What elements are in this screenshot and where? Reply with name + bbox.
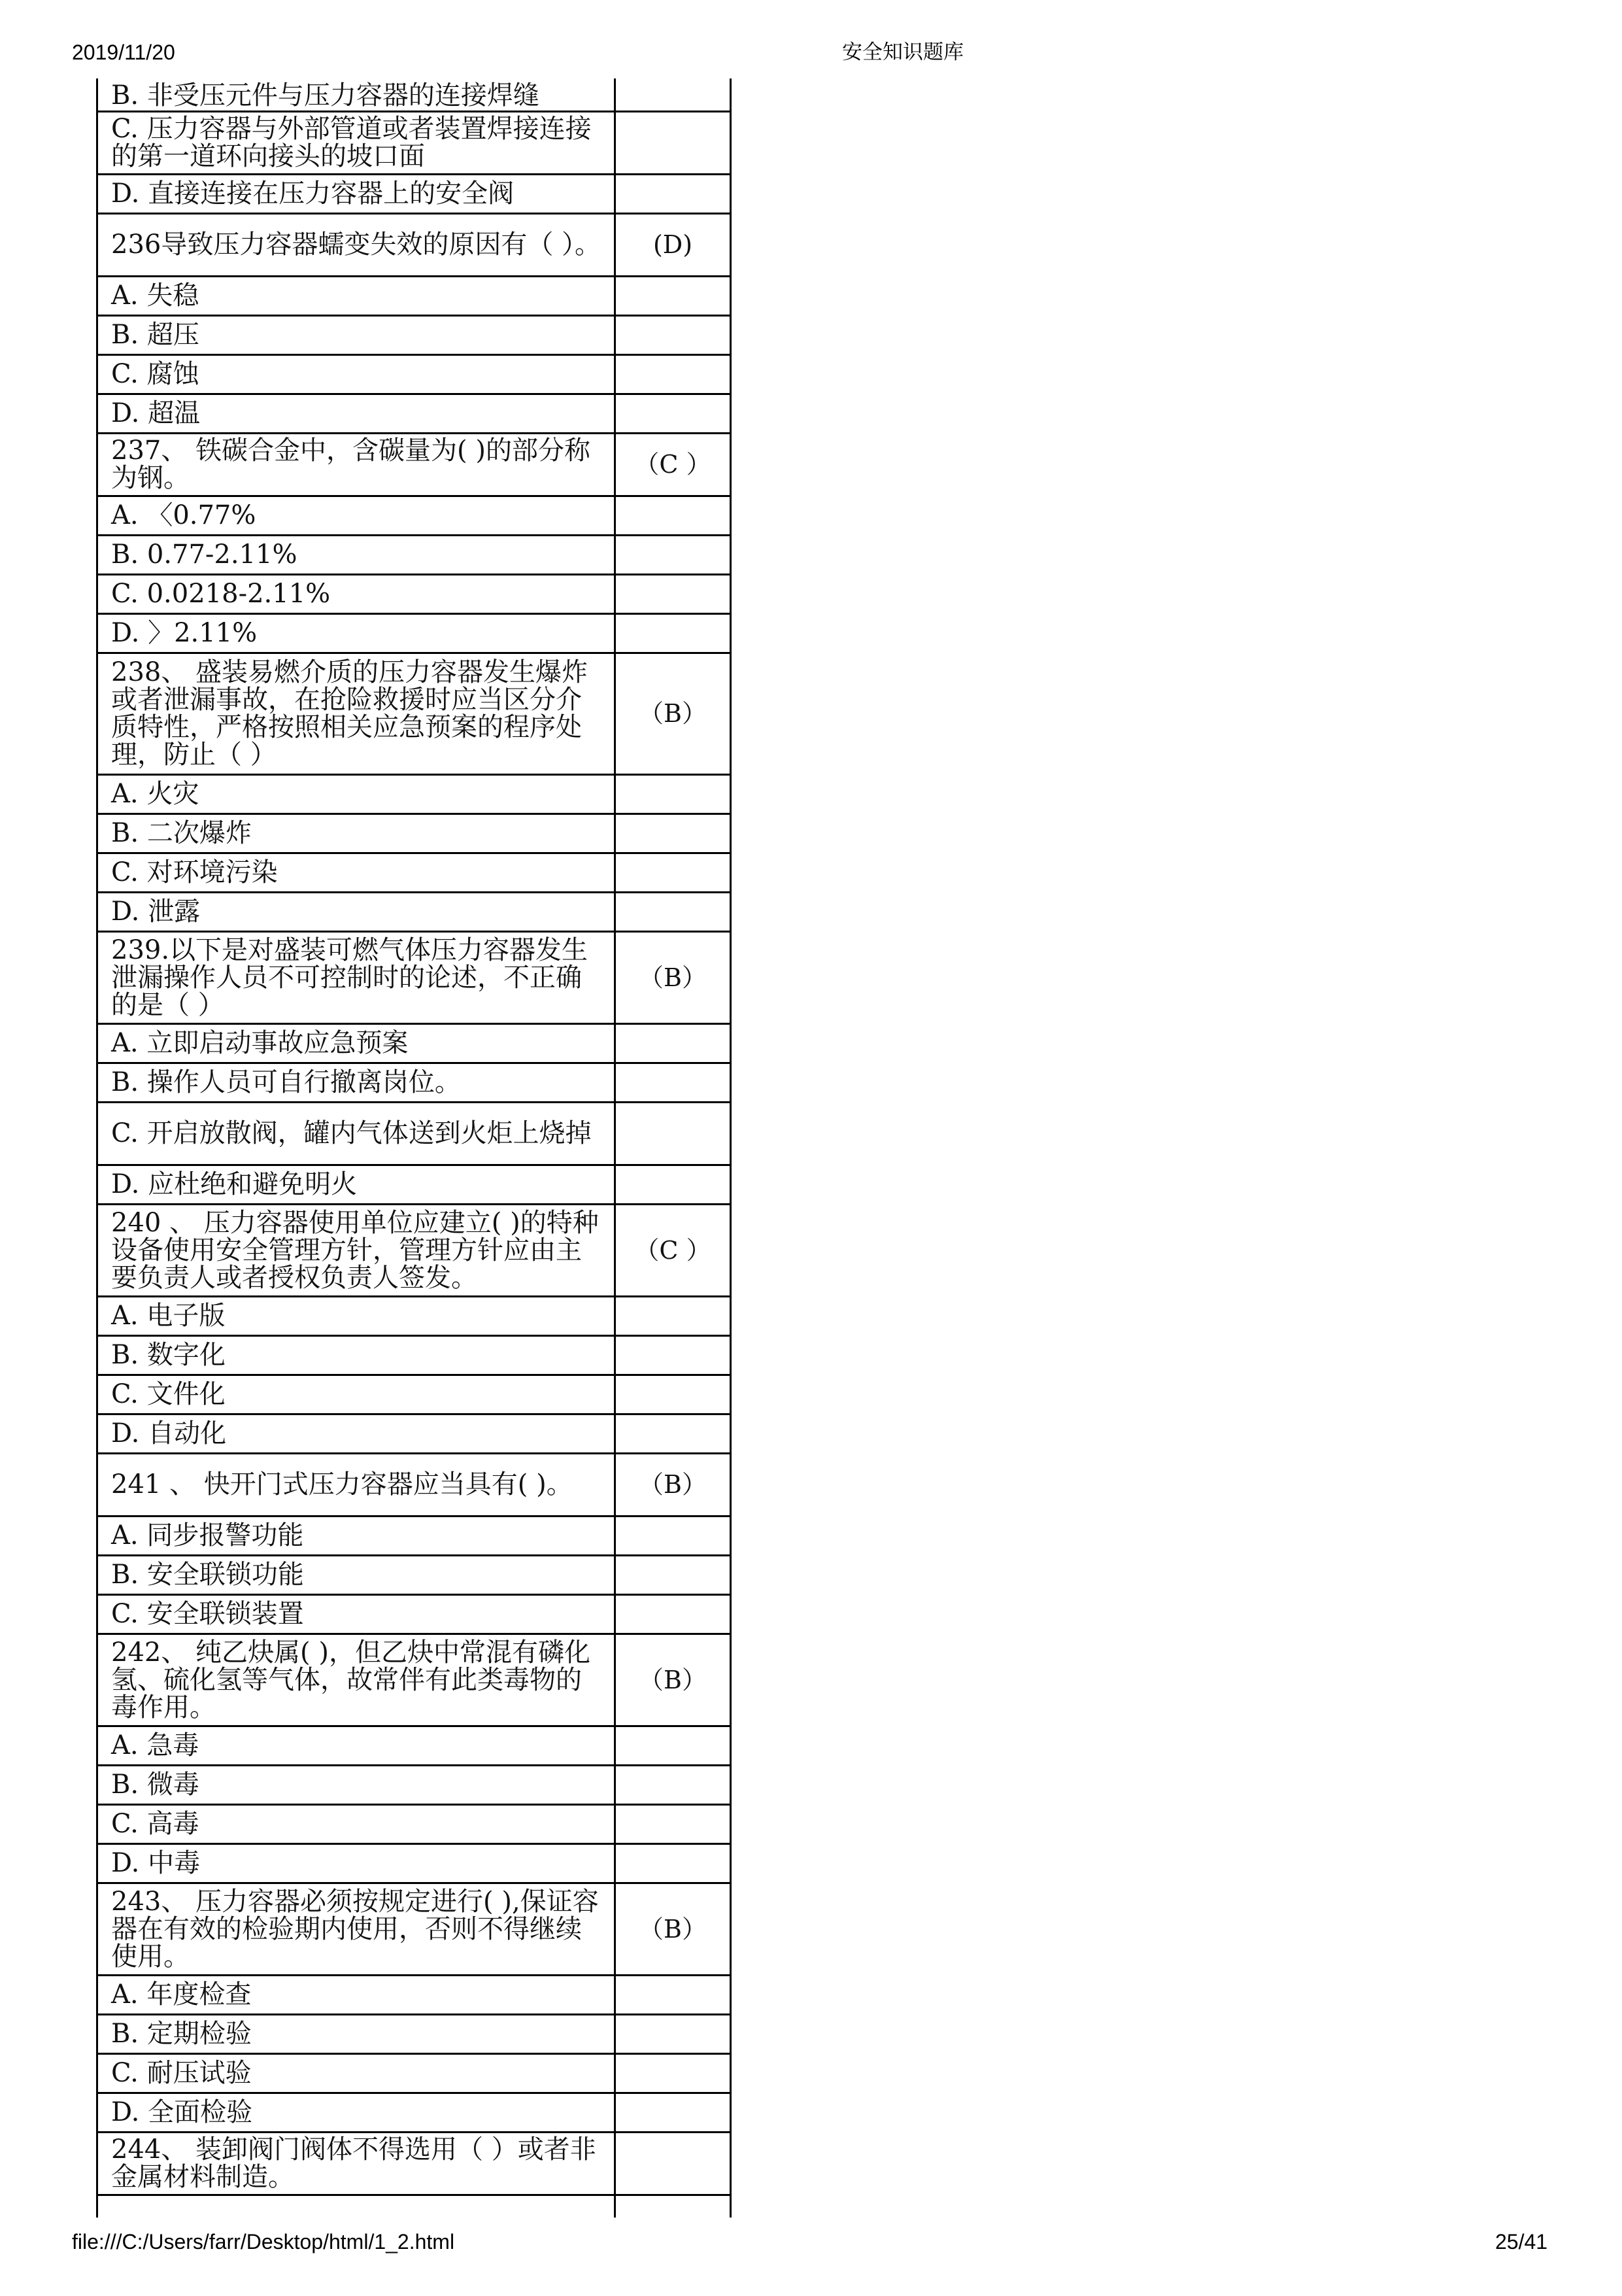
footer-url: file:///C:/Users/farr/Desktop/html/1_2.h… (72, 2230, 454, 2253)
question-text: B. 超压 (97, 315, 615, 354)
answer-cell (615, 315, 731, 354)
question-text: A. 失稳 (97, 276, 615, 315)
question-text: 239.以下是对盛装可燃气体压力容器发生泄漏操作人员不可控制时的论述，不正确的是… (97, 931, 615, 1023)
table-row: C. 高毒 (97, 1804, 731, 1843)
table-row: 242、 纯乙炔属( )，但乙炔中常混有磷化氢、硫化氢等气体，故常伴有此类毒物的… (97, 1634, 731, 1726)
answer-cell: （C ） (615, 1204, 731, 1296)
table-row: D. 应杜绝和避免明火 (97, 1165, 731, 1204)
question-text: D. 泄露 (97, 892, 615, 931)
question-text: B. 操作人员可自行撤离岗位。 (97, 1063, 615, 1102)
answer-cell (615, 613, 731, 653)
question-text: 243、 压力容器必须按规定进行( ),保证容器在有效的检验期内使用，否则不得继… (97, 1883, 615, 1975)
answer-cell (615, 496, 731, 535)
question-text: B. 非受压元件与压力容器的连接焊缝 (97, 78, 615, 111)
answer-cell (615, 1296, 731, 1335)
table-row: B. 定期检验 (97, 2014, 731, 2053)
answer-cell (615, 2093, 731, 2132)
answer-cell (615, 1594, 731, 1634)
answer-cell (615, 1516, 731, 1555)
table-row: D. 超温 (97, 394, 731, 433)
question-text: C. 高毒 (97, 1804, 615, 1843)
table-row: B. 安全联锁功能 (97, 1555, 731, 1594)
answer-cell: （B） (615, 1634, 731, 1726)
table-row: C. 压力容器与外部管道或者装置焊接连接的第一道环向接头的坡口面 (97, 111, 731, 174)
table-row: D. 〉2.11% (97, 613, 731, 653)
table-row: C. 文件化 (97, 1375, 731, 1414)
answer-cell (615, 1555, 731, 1594)
answer-cell (615, 78, 731, 111)
table-row: 244、 装卸阀门阀体不得选用（ ）或者非金属材料制造。 (97, 2132, 731, 2195)
table-row: 241 、 快开门式压力容器应当具有( )。（B） (97, 1453, 731, 1516)
question-text: B. 微毒 (97, 1765, 615, 1804)
table-row: A. 急毒 (97, 1726, 731, 1765)
table-row: A. 失稳 (97, 276, 731, 315)
table-row: D. 自动化 (97, 1414, 731, 1453)
table-row: 238、 盛装易燃介质的压力容器发生爆炸或者泄漏事故，在抢险救援时应当区分介质特… (97, 653, 731, 774)
table-row: B. 0.77-2.11% (97, 535, 731, 574)
answer-cell (615, 354, 731, 394)
answer-cell (615, 774, 731, 814)
question-text: C. 耐压试验 (97, 2053, 615, 2093)
question-text: A. 年度检查 (97, 1975, 615, 2014)
table-row: C. 安全联锁装置 (97, 1594, 731, 1634)
table-row: A. 火灾 (97, 774, 731, 814)
table-row: C. 腐蚀 (97, 354, 731, 394)
table-row: 243、 压力容器必须按规定进行( ),保证容器在有效的检验期内使用，否则不得继… (97, 1883, 731, 1975)
table-row: C. 0.0218-2.11% (97, 574, 731, 613)
question-text: A. 〈0.77% (97, 496, 615, 535)
answer-cell (615, 1335, 731, 1375)
question-text (97, 2195, 615, 2218)
question-text: 244、 装卸阀门阀体不得选用（ ）或者非金属材料制造。 (97, 2132, 615, 2195)
question-table: B. 非受压元件与压力容器的连接焊缝 C. 压力容器与外部管道或者装置焊接连接的… (96, 78, 732, 2218)
question-text: B. 安全联锁功能 (97, 1555, 615, 1594)
answer-cell (615, 2014, 731, 2053)
answer-cell (615, 1102, 731, 1165)
table-row (97, 2195, 731, 2218)
question-text: 238、 盛装易燃介质的压力容器发生爆炸或者泄漏事故，在抢险救援时应当区分介质特… (97, 653, 615, 774)
table-row: D. 直接连接在压力容器上的安全阀 (97, 174, 731, 213)
table-row: A. 同步报警功能 (97, 1516, 731, 1555)
table-row: B. 操作人员可自行撤离岗位。 (97, 1063, 731, 1102)
answer-cell (615, 394, 731, 433)
question-text: C. 文件化 (97, 1375, 615, 1414)
answer-cell (615, 1975, 731, 2014)
table-row: B. 数字化 (97, 1335, 731, 1375)
question-text: C. 安全联锁装置 (97, 1594, 615, 1634)
answer-cell (615, 1063, 731, 1102)
answer-cell: (D) (615, 213, 731, 276)
table-row: A. 〈0.77% (97, 496, 731, 535)
table-row: B. 非受压元件与压力容器的连接焊缝 (97, 78, 731, 111)
answer-cell: （C ） (615, 433, 731, 496)
answer-cell: （B） (615, 1453, 731, 1516)
question-text: D. 直接连接在压力容器上的安全阀 (97, 174, 615, 213)
question-text: B. 0.77-2.11% (97, 535, 615, 574)
page-title: 安全知识题库 (842, 41, 964, 64)
answer-cell (615, 853, 731, 892)
answer-cell (615, 2195, 731, 2218)
question-text: C. 对环境污染 (97, 853, 615, 892)
answer-cell (615, 1375, 731, 1414)
question-text: C. 0.0218-2.11% (97, 574, 615, 613)
answer-cell (615, 1414, 731, 1453)
table-row: 239.以下是对盛装可燃气体压力容器发生泄漏操作人员不可控制时的论述，不正确的是… (97, 931, 731, 1023)
answer-cell (615, 174, 731, 213)
question-text: B. 数字化 (97, 1335, 615, 1375)
question-text: A. 电子版 (97, 1296, 615, 1335)
table-row: C. 开启放散阀，罐内气体送到火炬上烧掉 (97, 1102, 731, 1165)
question-text: 240 、 压力容器使用单位应建立( )的特种设备使用安全管理方针，管理方针应由… (97, 1204, 615, 1296)
question-text: A. 立即启动事故应急预案 (97, 1023, 615, 1063)
table-row: B. 微毒 (97, 1765, 731, 1804)
answer-cell: （B） (615, 653, 731, 774)
question-text: A. 火灾 (97, 774, 615, 814)
answer-cell (615, 1023, 731, 1063)
table-row: 240 、 压力容器使用单位应建立( )的特种设备使用安全管理方针，管理方针应由… (97, 1204, 731, 1296)
question-text: 236导致压力容器蠕变失效的原因有（ ）。 (97, 213, 615, 276)
answer-cell (615, 574, 731, 613)
answer-cell (615, 1843, 731, 1883)
answer-cell (615, 814, 731, 853)
question-text: D. 中毒 (97, 1843, 615, 1883)
answer-cell (615, 1804, 731, 1843)
table-row: D. 泄露 (97, 892, 731, 931)
page-number: 25/41 (1495, 2230, 1547, 2253)
table-row: C. 对环境污染 (97, 853, 731, 892)
answer-cell: （B） (615, 1883, 731, 1975)
question-text: A. 急毒 (97, 1726, 615, 1765)
answer-cell (615, 892, 731, 931)
answer-cell (615, 1726, 731, 1765)
table-row: C. 耐压试验 (97, 2053, 731, 2093)
table-row: A. 电子版 (97, 1296, 731, 1335)
question-text: C. 压力容器与外部管道或者装置焊接连接的第一道环向接头的坡口面 (97, 111, 615, 174)
answer-cell (615, 276, 731, 315)
table-row: 237、 铁碳合金中，含碳量为( )的部分称为钢。（C ） (97, 433, 731, 496)
question-text: 242、 纯乙炔属( )，但乙炔中常混有磷化氢、硫化氢等气体，故常伴有此类毒物的… (97, 1634, 615, 1726)
question-text: D. 应杜绝和避免明火 (97, 1165, 615, 1204)
question-text: D. 超温 (97, 394, 615, 433)
question-text: C. 开启放散阀，罐内气体送到火炬上烧掉 (97, 1102, 615, 1165)
table-row: D. 中毒 (97, 1843, 731, 1883)
question-text: C. 腐蚀 (97, 354, 615, 394)
answer-cell (615, 2053, 731, 2093)
answer-cell (615, 535, 731, 574)
question-text: 241 、 快开门式压力容器应当具有( )。 (97, 1453, 615, 1516)
table-row: A. 年度检查 (97, 1975, 731, 2014)
answer-cell (615, 111, 731, 174)
question-text: D. 〉2.11% (97, 613, 615, 653)
answer-cell (615, 2132, 731, 2195)
table-row: B. 超压 (97, 315, 731, 354)
table-row: B. 二次爆炸 (97, 814, 731, 853)
question-text: D. 自动化 (97, 1414, 615, 1453)
answer-cell (615, 1765, 731, 1804)
question-text: 237、 铁碳合金中，含碳量为( )的部分称为钢。 (97, 433, 615, 496)
question-text: A. 同步报警功能 (97, 1516, 615, 1555)
question-text: D. 全面检验 (97, 2093, 615, 2132)
answer-cell (615, 1165, 731, 1204)
question-text: B. 定期检验 (97, 2014, 615, 2053)
question-text: B. 二次爆炸 (97, 814, 615, 853)
print-date: 2019/11/20 (72, 41, 175, 64)
table-row: D. 全面检验 (97, 2093, 731, 2132)
table-row: A. 立即启动事故应急预案 (97, 1023, 731, 1063)
answer-cell: （B） (615, 931, 731, 1023)
table-row: 236导致压力容器蠕变失效的原因有（ ）。(D) (97, 213, 731, 276)
